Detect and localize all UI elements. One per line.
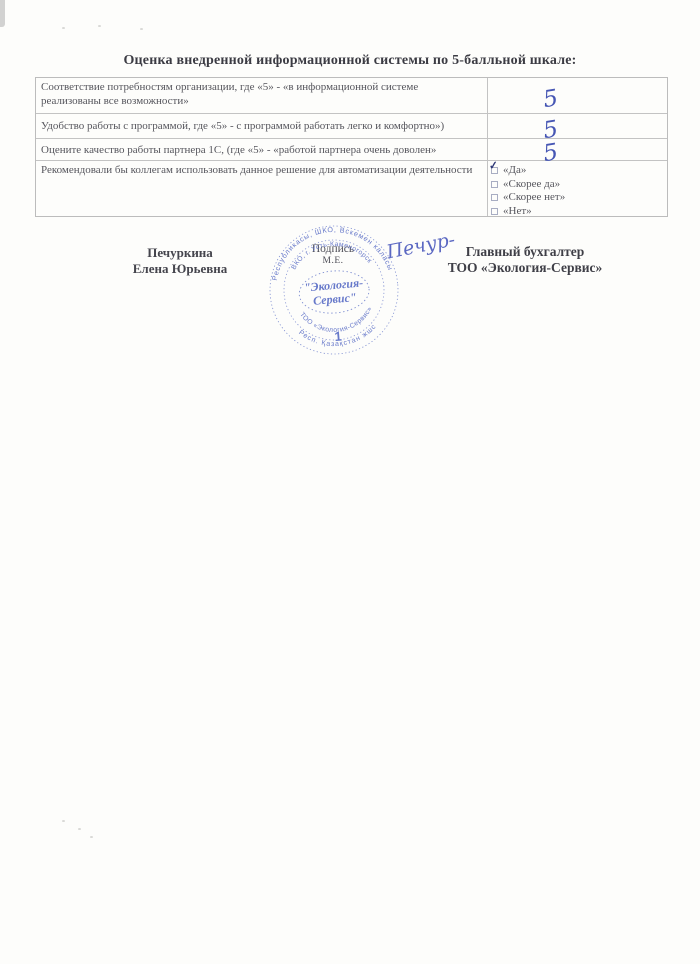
checkbox-icon: [491, 194, 498, 201]
table-row: Удобство работы с программой, где «5» - …: [36, 113, 667, 138]
stamp-ring-outer-top-text: Республикасы, ШКО, Вскемен каласы: [266, 220, 396, 282]
option-skoree-da: «Скорее да»: [491, 178, 560, 192]
stamp-graphic: Республикасы, ШКО, Вскемен каласы Респ. …: [264, 220, 404, 360]
checkbox-icon: [491, 181, 498, 188]
answer-cell: 5: [488, 114, 667, 138]
stamp-numeral: 1: [334, 329, 343, 345]
option-label: «Скорее нет»: [503, 191, 565, 205]
options-list: ✓ «Да» «Скорее да» «Скорее нет» «Нет»: [488, 161, 667, 218]
scan-speck: [62, 27, 65, 29]
signatory-given-name: Елена Юрьевна: [95, 261, 265, 277]
option-da: ✓ «Да»: [491, 164, 526, 178]
scan-edge-smudge: [0, 0, 5, 27]
question-cell: Рекомендовали бы коллегам использовать д…: [36, 161, 488, 216]
table-row: Рекомендовали бы коллегам использовать д…: [36, 160, 667, 216]
answer-cell: ✓ «Да» «Скорее да» «Скорее нет» «Нет»: [488, 161, 667, 216]
table-row: Соответствие потребностям организации, г…: [36, 78, 667, 113]
option-label: «Да»: [503, 164, 526, 178]
signatory-name: Печуркина Елена Юрьевна: [95, 245, 265, 276]
answer-cell: 5: [488, 78, 667, 113]
scan-speck: [62, 820, 65, 822]
answer-cell: 5: [488, 139, 667, 160]
scan-speck: [98, 25, 101, 27]
question-cell: Соответствие потребностям организации, г…: [36, 78, 488, 113]
checkbox-icon: [491, 208, 498, 215]
company-name: ТОО «Экология-Сервис»: [425, 260, 625, 276]
question-cell: Оцените качество работы партнера 1С, (гд…: [36, 139, 488, 160]
option-label: «Скорее да»: [503, 178, 560, 192]
scan-speck: [140, 28, 143, 30]
signatory-surname: Печуркина: [95, 245, 265, 261]
option-label: «Нет»: [503, 205, 532, 219]
question-cell: Удобство работы с программой, где «5» - …: [36, 114, 488, 138]
option-net: «Нет»: [491, 205, 532, 219]
option-skoree-net: «Скорее нет»: [491, 191, 565, 205]
evaluation-table: Соответствие потребностям организации, г…: [35, 77, 668, 217]
company-stamp: Республикасы, ШКО, Вскемен каласы Респ. …: [264, 220, 404, 360]
scan-speck: [78, 828, 81, 830]
checkmark-icon: ✓: [488, 160, 499, 174]
table-row: Оцените качество работы партнера 1С, (гд…: [36, 138, 667, 160]
page-title: Оценка внедренной информационной системы…: [0, 53, 700, 69]
handwritten-score: 5: [542, 87, 560, 112]
stamp-center-line2: Сервис": [313, 290, 357, 308]
scanned-document-page: { "title": "Оценка внедренной информацио…: [0, 0, 700, 964]
scan-speck: [90, 836, 93, 838]
